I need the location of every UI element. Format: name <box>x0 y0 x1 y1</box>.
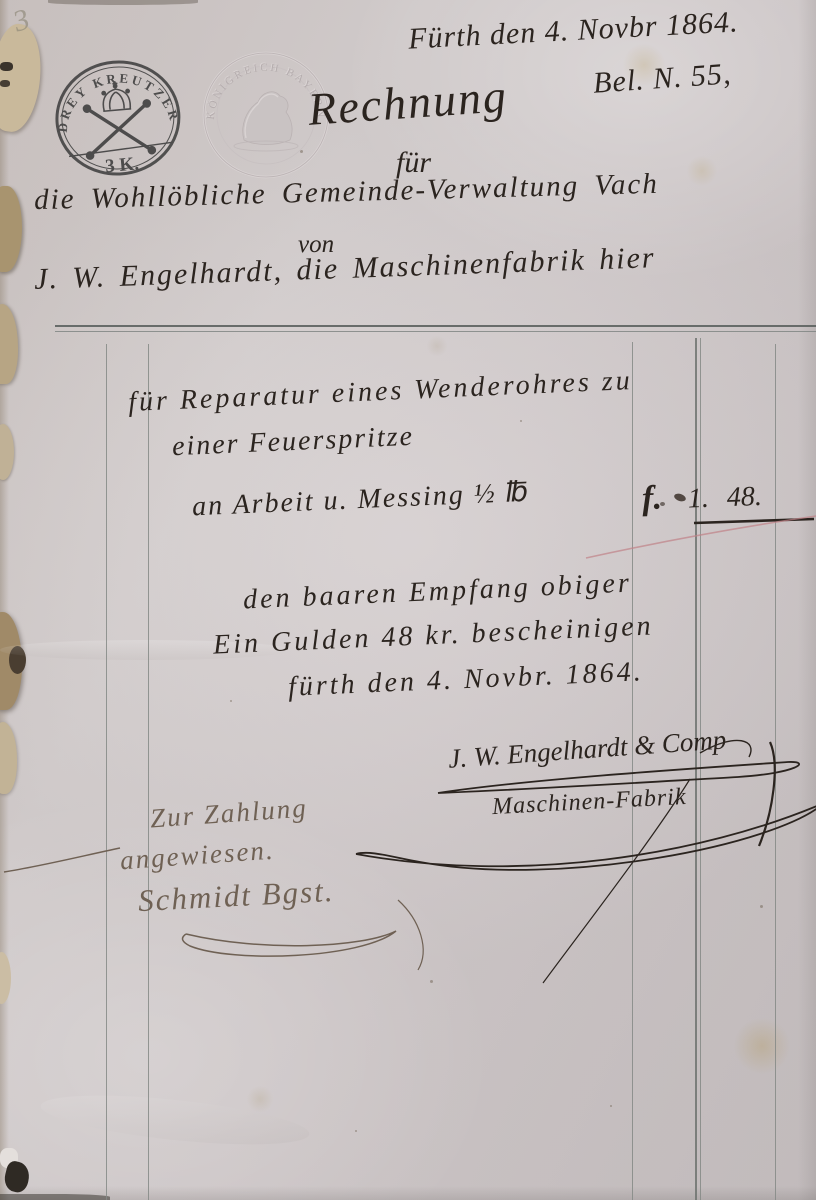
approval-signature: Schmidt Bgst. <box>137 875 335 916</box>
amount-kreuzer: 48. <box>726 481 762 513</box>
paper-speck <box>230 700 232 702</box>
item-line-2: einer Feuerspritze <box>172 423 415 462</box>
approval-line-2: angewiesen. <box>119 837 275 875</box>
amount-underline <box>694 519 814 523</box>
torn-paper-top-flap <box>0 21 46 134</box>
table-column-rule-double-a <box>695 338 697 1200</box>
torn-paper-chunk-1 <box>0 186 22 272</box>
paper-speck <box>520 420 522 422</box>
signature-company-line: J. W. Engelhardt & Comp <box>447 726 727 772</box>
paper-stain <box>733 1018 791 1074</box>
paper-speck <box>610 1105 612 1107</box>
amount-currency: f. <box>641 479 662 517</box>
top-edge-dark-sliver <box>48 0 198 5</box>
amount-value: f. 1. 48. <box>641 478 762 516</box>
table-top-rule-thin <box>55 331 816 332</box>
paper-stain <box>686 156 718 186</box>
bottom-left-dark-edge <box>0 1194 110 1200</box>
torn-paper-chunk-5 <box>0 722 17 794</box>
torn-paper-chunk-2 <box>0 304 18 384</box>
signature-flourish <box>356 740 816 983</box>
paper-speck <box>430 980 433 983</box>
bottom-edge-shading <box>0 1186 816 1200</box>
torn-paper-chunk-6 <box>0 952 11 1004</box>
paper-speck <box>355 1130 357 1132</box>
paper-stain <box>246 1086 274 1112</box>
table-column-rule-amount <box>632 342 633 1200</box>
receipt-line-1: den baaren Empfang obiger <box>243 570 633 615</box>
seal-lion-icon <box>234 92 298 151</box>
place-date-line: Fürth den 4. Novbr 1864. <box>407 7 739 54</box>
left-edge-shading <box>0 0 9 1200</box>
table-column-rule-left-inner <box>148 344 149 1200</box>
stamp-arc-text: DREY KREUTZER <box>50 65 183 134</box>
right-edge-shading <box>798 0 816 1200</box>
torn-paper-chunk-3 <box>0 424 14 480</box>
revenue-stamp: DREY KREUTZER 3 K. <box>47 52 189 185</box>
item-line-3: an Arbeit u. Messing ½ ℔ <box>192 479 532 522</box>
stamp-value-text: 3 K. <box>104 153 139 177</box>
item-line-1: für Reparatur eines Wenderohres zu <box>128 367 634 417</box>
torn-edge-dark-mark-2 <box>0 80 10 87</box>
paper-speck <box>760 905 763 908</box>
table-column-rule-left-outer <box>106 344 107 1200</box>
table-column-rule-right <box>775 344 776 1200</box>
approval-line-1: Zur Zahlung <box>149 795 308 833</box>
receipt-line-3: fürth den 4. Novbr. 1864. <box>288 658 645 701</box>
invoice-page: 3 DREY KREUTZER <box>0 0 816 1200</box>
signature-factory-line: Maschinen-Fabrik <box>492 785 688 819</box>
red-audit-line <box>586 516 816 558</box>
table-column-rule-double-b <box>700 338 701 1200</box>
receipt-line-2: Ein Gulden 48 kr. bescheinigen <box>213 612 655 659</box>
svg-text:DREY KREUTZER: DREY KREUTZER <box>50 65 183 134</box>
torn-edge-dark-mark-1 <box>0 62 13 71</box>
paper-stain <box>426 336 448 356</box>
table-top-rule-thick <box>55 325 816 327</box>
issuer-line: J. W. Engelhardt, die Maschinenfabrik hi… <box>34 243 656 295</box>
reference-number: Bel. N. 55, <box>592 59 732 99</box>
amount-gulden: 1. <box>687 483 709 515</box>
invoice-title: Rechnung <box>307 73 510 133</box>
